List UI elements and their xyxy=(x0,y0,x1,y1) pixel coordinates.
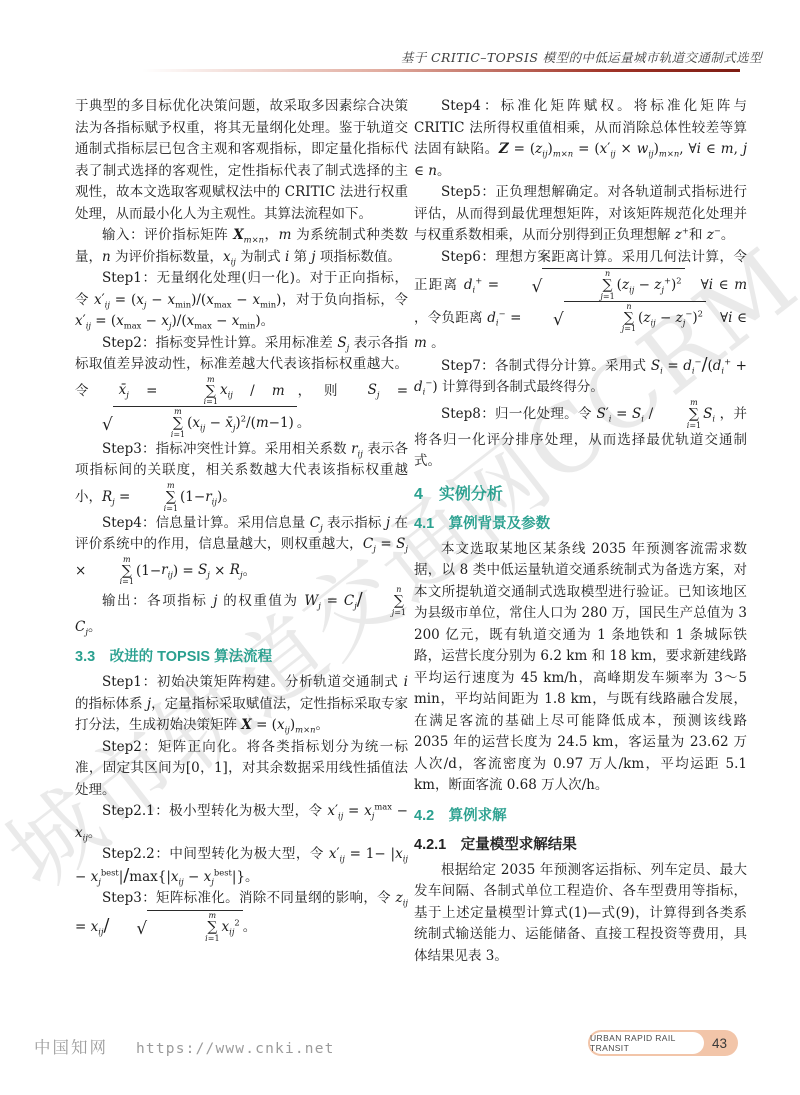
topsis-step7-paragraph: Step7：各制式得分计算。采用式 Si = di−/(di+ + di−) 计… xyxy=(414,355,747,399)
section-heading-4: 4 实例分析 xyxy=(414,485,747,505)
cnki-logo-text: 中国知网 xyxy=(34,1034,108,1058)
section-heading-4-1: 4.1 算例背景及参数 xyxy=(414,514,747,534)
page-number: 43 xyxy=(712,1030,727,1056)
topsis-step3-paragraph: Step3：矩阵标准化。消除不同量纲的影响，令 zij = xij/√m∑i=1… xyxy=(75,888,408,942)
cnki-url: https://www.cnki.net xyxy=(136,1041,335,1057)
journal-page: 基于 CRITIC–TOPSIS 模型的中低运量城市轨道交通制式选型 城市轨道交… xyxy=(0,0,800,1095)
header-rule xyxy=(142,69,740,72)
right-column: Step4：标准化矩阵赋权。将标准化矩阵与 CRITIC 法所得权重值相乘，从而… xyxy=(414,96,747,967)
cnki-watermark: 中国知网 https://www.cnki.net xyxy=(34,1034,335,1058)
critic-step3-paragraph: Step3：指标冲突性计算。采用相关系数 rij 表示各项指标间的关联度，相关系… xyxy=(75,439,408,513)
topsis-step6-paragraph: Step6：理想方案距离计算。采用几何法计算，令正距离 di+ = √n∑j=1… xyxy=(414,247,747,355)
journal-name-en: URBAN RAPID RAIL TRANSIT xyxy=(590,1032,704,1054)
topsis-step2-paragraph: Step2：矩阵正向化。将各类指标划分为统一标准，固定其区间为[0，1]，对其余… xyxy=(75,737,408,802)
topsis-step8-paragraph: Step8：归一化处理。令 S′i = Si / m∑i=1Si ，并将各归一化… xyxy=(414,399,747,473)
section-heading-4-2-1: 4.2.1 定量模型求解结果 xyxy=(414,835,747,855)
topsis-step5-paragraph: Step5：正负理想解确定。对各轨道制式指标进行评估，从而得到最优理想矩阵，对该… xyxy=(414,182,747,247)
critic-step1-paragraph: Step1：无量纲化处理(归一化)。对于正向指标，令 x′ij = (xj − … xyxy=(75,268,408,333)
running-title: 基于 CRITIC–TOPSIS 模型的中低运量城市轨道交通制式选型 xyxy=(401,48,762,66)
topsis-step1-paragraph: Step1：初始决策矩阵构建。分析轨道交通制式 i 的指标体系 j，定量指标采取… xyxy=(75,672,408,737)
critic-step2-paragraph: Step2：指标变异性计算。采用标准差 Sj 表示各指标取值差异波动性，标准差越… xyxy=(75,333,408,439)
quantitative-results-paragraph: 根据给定 2035 年预测客运指标、列车定员、最大发车间隔、各制式单位工程造价、… xyxy=(414,860,747,968)
left-column: 于典型的多目标优化决策问题，故采取多因素综合决策法为各指标赋予权重，将其无量纲化… xyxy=(75,96,408,943)
topsis-step2-2-paragraph: Step2.2：中间型转化为极大型，令 x′ij = 1− |xij − xjb… xyxy=(75,844,408,888)
section-heading-3-3: 3.3 改进的 TOPSIS 算法流程 xyxy=(75,647,408,667)
footer-pill: URBAN RAPID RAIL TRANSIT 43 xyxy=(588,1030,738,1056)
case-background-paragraph: 本文选取某地区某条线 2035 年预测客流需求数据，以 8 类中低运量轨道交通系… xyxy=(414,539,747,797)
critic-input-paragraph: 输入：评价指标矩阵 Xm×n，m 为系统制式种类数量，n 为评价指标数量，xij… xyxy=(75,225,408,268)
topsis-step2-1-paragraph: Step2.1：极小型转化为极大型，令 x′ij = xjmax − xij。 xyxy=(75,801,408,844)
critic-output-paragraph: 输出：各项指标 j 的权重值为 Wj = Cj/n∑j=1Cj。 xyxy=(75,586,408,638)
critic-step4-paragraph: Step4：信息量计算。采用信息量 Cj 表示指标 j 在评价系统中的作用，信息… xyxy=(75,513,408,587)
intro-continued-paragraph: 于典型的多目标优化决策问题，故采取多因素综合决策法为各指标赋予权重，将其无量纲化… xyxy=(75,96,408,225)
topsis-step4-paragraph: Step4：标准化矩阵赋权。将标准化矩阵与 CRITIC 法所得权重值相乘，从而… xyxy=(414,96,747,182)
section-heading-4-2: 4.2 算例求解 xyxy=(414,806,747,826)
